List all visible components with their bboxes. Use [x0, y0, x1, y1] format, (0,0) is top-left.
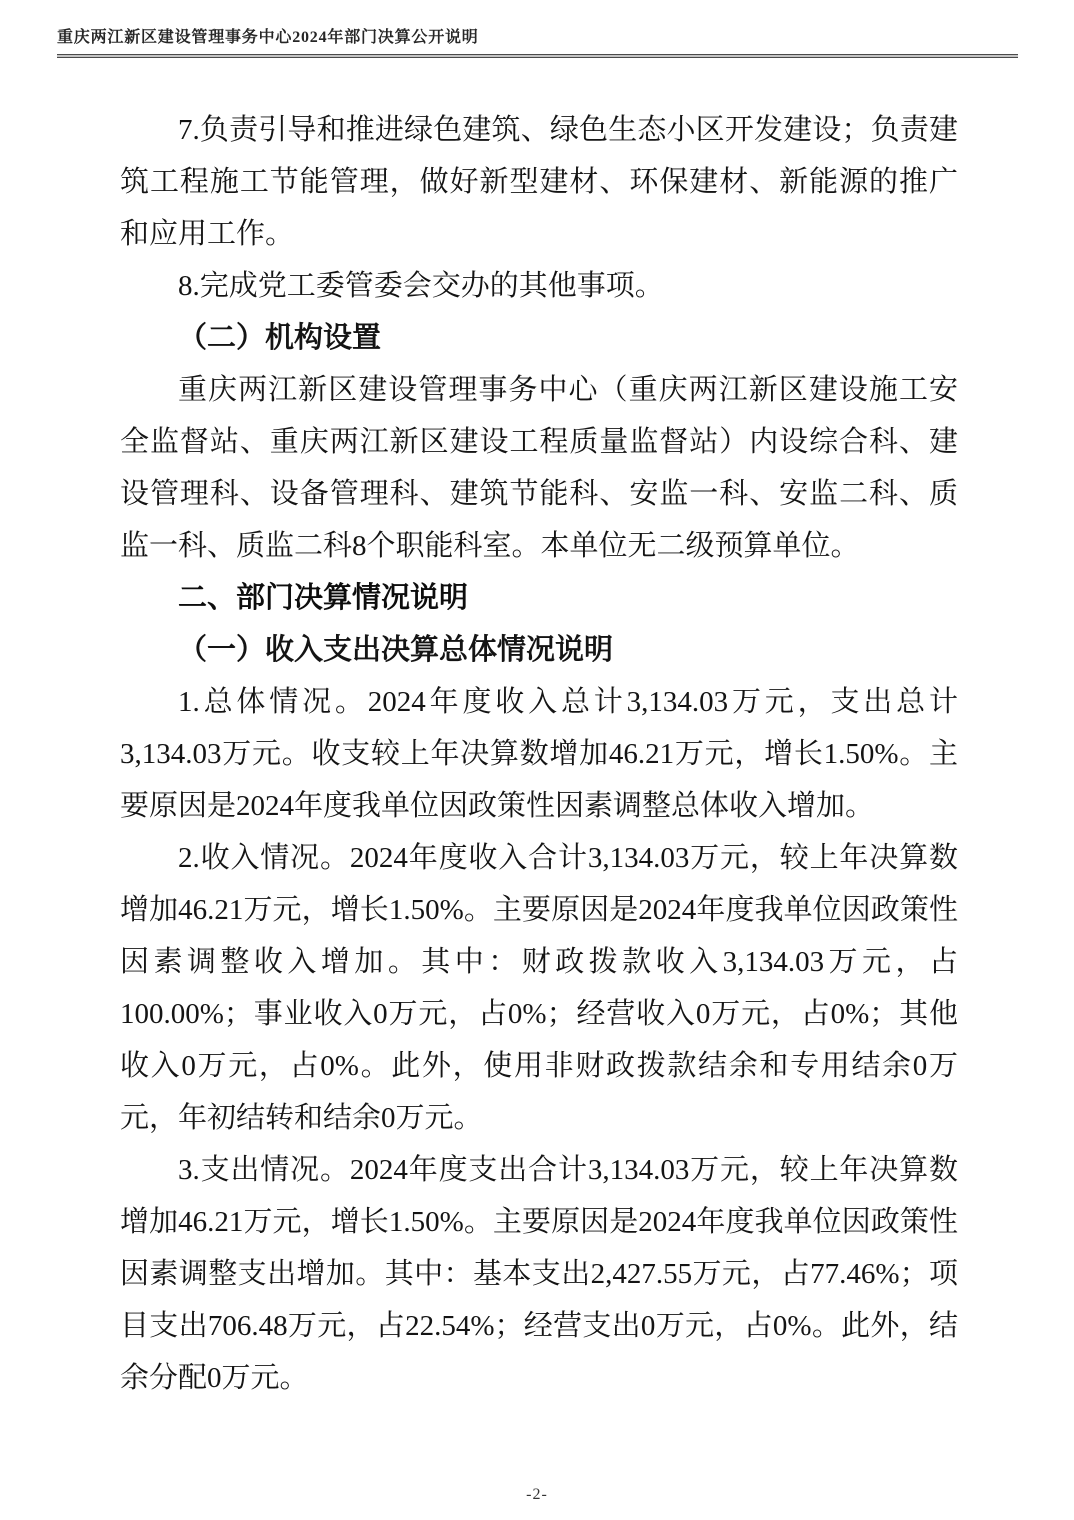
paragraph-expense-situation: 3.支出情况。2024年度支出合计3,134.03万元，较上年决算数增加46.2…: [120, 1144, 958, 1404]
paragraph-overall-situation: 1.总体情况。2024年度收入总计3,134.03万元，支出总计3,134.03…: [120, 676, 958, 832]
page-number: -2-: [0, 1486, 1074, 1504]
paragraph-duty-7: 7.负责引导和推进绿色建筑、绿色生态小区开发建设；负责建筑工程施工节能管理，做好…: [120, 104, 958, 260]
heading-section-two-final-accounts: 二、部门决算情况说明: [120, 572, 958, 624]
document-body: 7.负责引导和推进绿色建筑、绿色生态小区开发建设；负责建筑工程施工节能管理，做好…: [120, 104, 958, 1404]
document-page: 重庆两江新区建设管理事务中心2024年部门决算公开说明 7.负责引导和推进绿色建…: [0, 0, 1074, 1520]
header-rule: [57, 54, 1018, 58]
paragraph-income-situation: 2.收入情况。2024年度收入合计3,134.03万元，较上年决算数增加46.2…: [120, 832, 958, 1144]
document-header: 重庆两江新区建设管理事务中心2024年部门决算公开说明: [57, 28, 1018, 58]
paragraph-duty-8: 8.完成党工委管委会交办的其他事项。: [120, 260, 958, 312]
heading-organization-setup: （二）机构设置: [120, 312, 958, 364]
heading-income-expense-overview: （一）收入支出决算总体情况说明: [120, 624, 958, 676]
header-title: 重庆两江新区建设管理事务中心2024年部门决算公开说明: [57, 28, 1018, 48]
paragraph-organization-detail: 重庆两江新区建设管理事务中心（重庆两江新区建设施工安全监督站、重庆两江新区建设工…: [120, 364, 958, 572]
